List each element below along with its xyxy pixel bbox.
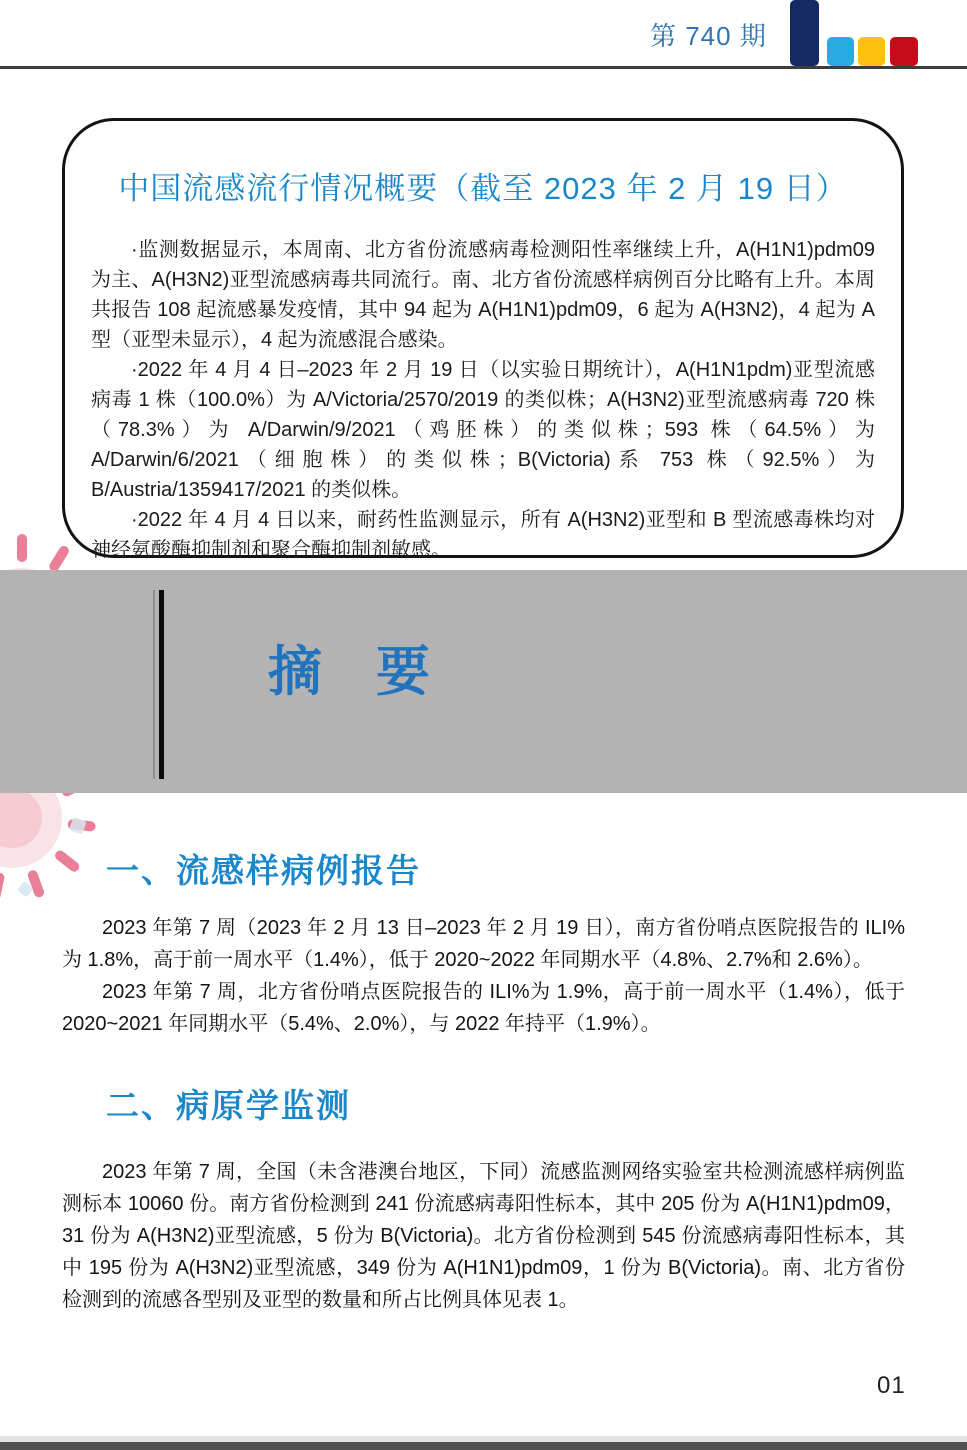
header-divider — [0, 66, 967, 69]
brand-block-navy-icon — [790, 0, 819, 66]
brand-block-red-icon — [890, 37, 918, 66]
summary-box: 中国流感流行情况概要（截至 2023 年 2 月 19 日） ·监测数据显示，本… — [62, 118, 904, 558]
banner-accent-line-dark — [159, 590, 164, 779]
footer-edge-dark — [0, 1442, 967, 1450]
summary-paragraph-3: ·2022 年 4 月 4 日以来，耐药性监测显示，所有 A(H3N2)亚型和 … — [91, 505, 875, 565]
pathogen-paragraph: 2023 年第 7 周，全国（未含港澳台地区，下同）流感监测网络实验室共检测流感… — [62, 1156, 905, 1316]
brand-block-yellow-icon — [858, 37, 885, 66]
summary-paragraph-2: ·2022 年 4 月 4 日–2023 年 2 月 19 日（以实验日期统计）… — [91, 355, 875, 505]
page-number: 01 — [877, 1372, 906, 1400]
brand-block-lightblue-icon — [827, 37, 854, 66]
summary-title: 中国流感流行情况概要（截至 2023 年 2 月 19 日） — [91, 163, 875, 208]
abstract-title: 摘 要 — [268, 642, 430, 702]
section-heading-pathogen-surveillance: 二、病原学监测 — [106, 1080, 351, 1127]
section-body-pathogen-surveillance: 2023 年第 7 周，全国（未含港澳台地区，下同）流感监测网络实验室共检测流感… — [62, 1156, 905, 1316]
ili-paragraph-south: 2023 年第 7 周（2023 年 2 月 13 日–2023 年 2 月 1… — [62, 912, 905, 976]
document-page: 第 740 期 — [0, 0, 967, 1450]
abstract-banner: 摘 要 — [0, 570, 967, 793]
section-body-ili-report: 2023 年第 7 周（2023 年 2 月 13 日–2023 年 2 月 1… — [62, 912, 905, 1040]
summary-paragraph-1: ·监测数据显示，本周南、北方省份流感病毒检测阳性率继续上升，A(H1N1)pdm… — [91, 235, 875, 355]
ili-paragraph-north: 2023 年第 7 周，北方省份哨点医院报告的 ILI%为 1.9%，高于前一周… — [62, 976, 905, 1040]
issue-number: 第 740 期 — [650, 16, 767, 53]
banner-accent-line-light — [153, 590, 155, 779]
